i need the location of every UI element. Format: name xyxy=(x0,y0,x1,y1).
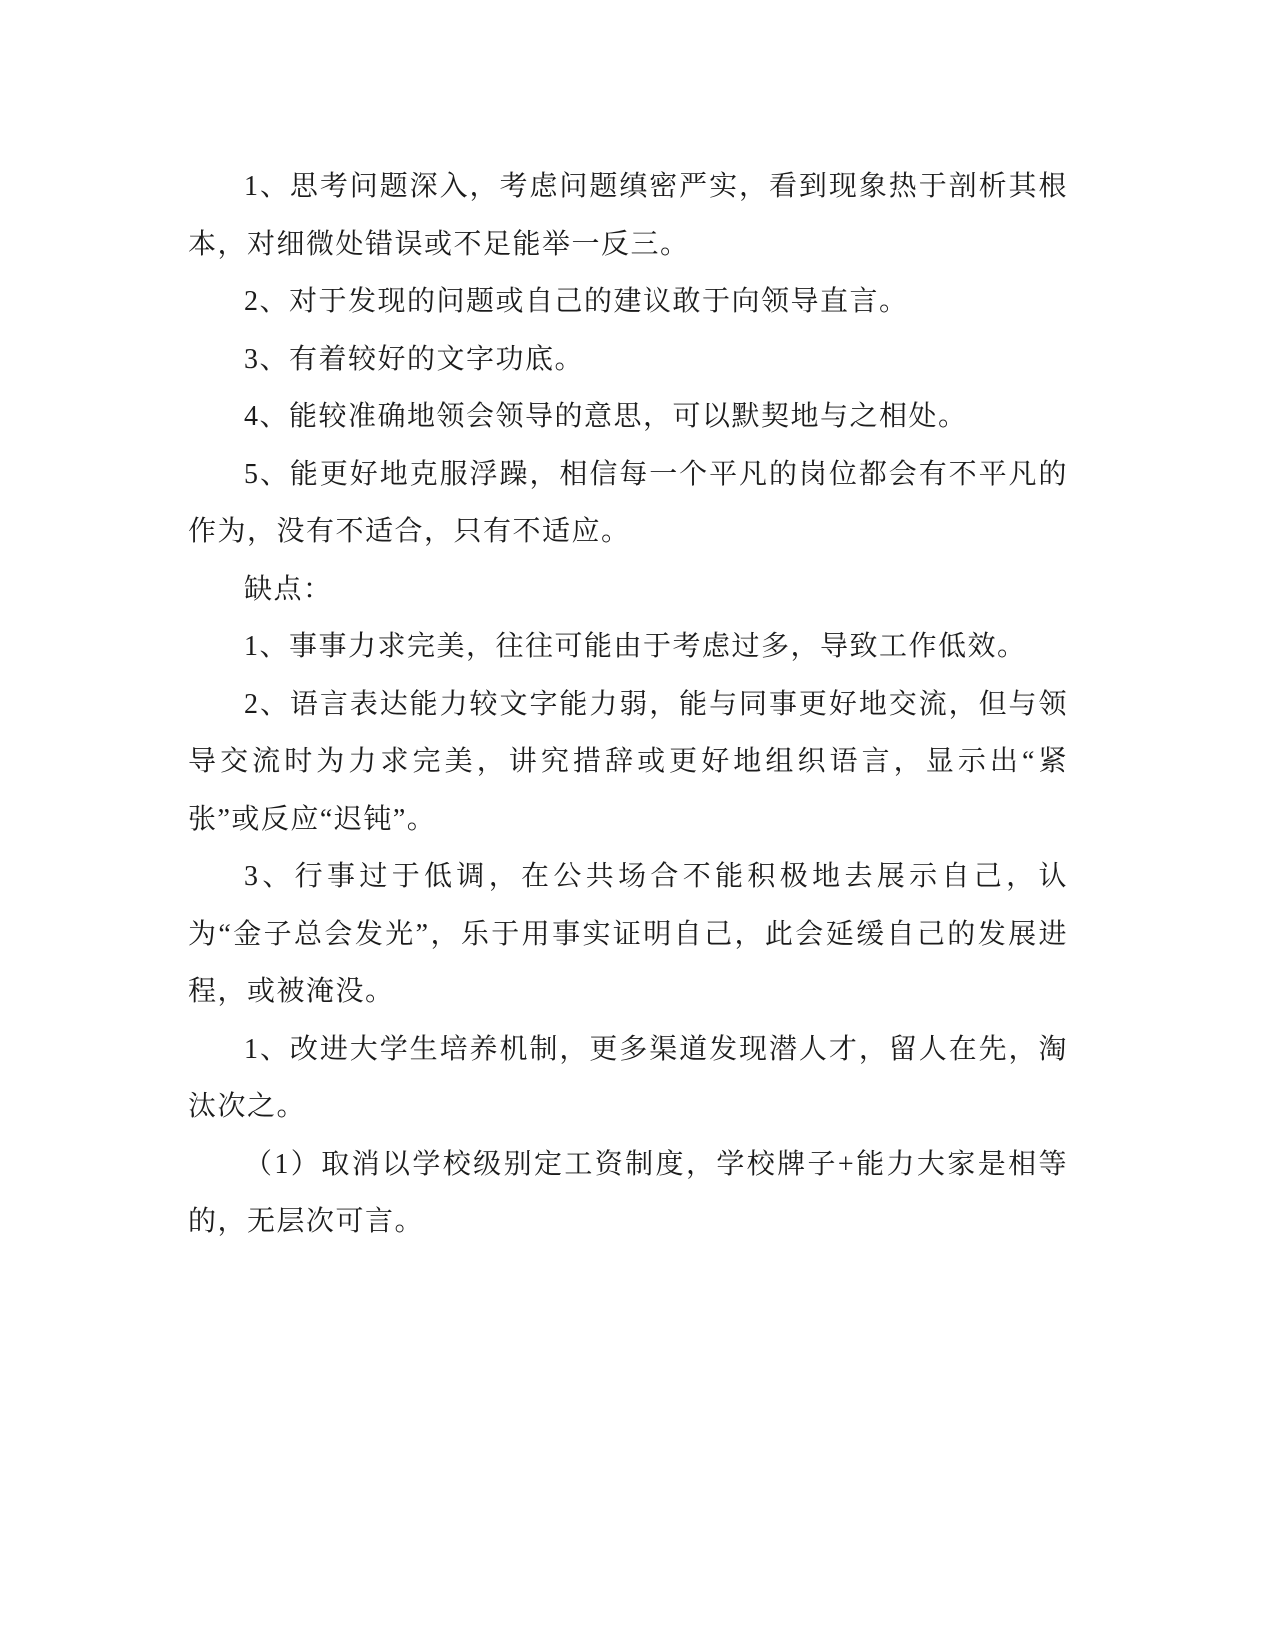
paragraph-strength-1: 1、思考问题深入，考虑问题缜密严实，看到现象热于剖析其根本，对细微处错误或不足能… xyxy=(188,158,1068,273)
paragraph-strength-5: 5、能更好地克服浮躁，相信每一个平凡的岗位都会有不平凡的作为，没有不适合，只有不… xyxy=(188,446,1068,561)
weaknesses-heading: 缺点： xyxy=(188,561,1068,619)
document-body: 1、思考问题深入，考虑问题缜密严实，看到现象热于剖析其根本，对细微处错误或不足能… xyxy=(188,158,1068,1251)
paragraph-strength-3: 3、有着较好的文字功底。 xyxy=(188,331,1068,389)
paragraph-strength-4: 4、能较准确地领会领导的意思，可以默契地与之相处。 xyxy=(188,388,1068,446)
paragraph-suggestion-detail-1: （1）取消以学校级别定工资制度，学校牌子+能力大家是相等的，无层次可言。 xyxy=(188,1136,1068,1251)
paragraph-weakness-1: 1、事事力求完美，往往可能由于考虑过多，导致工作低效。 xyxy=(188,618,1068,676)
paragraph-weakness-3: 3、行事过于低调，在公共场合不能积极地去展示自己，认为“金子总会发光”，乐于用事… xyxy=(188,848,1068,1021)
document-page: 1、思考问题深入，考虑问题缜密严实，看到现象热于剖析其根本，对细微处错误或不足能… xyxy=(0,0,1275,1650)
paragraph-weakness-2: 2、语言表达能力较文字能力弱，能与同事更好地交流，但与领导交流时为力求完美，讲究… xyxy=(188,676,1068,849)
paragraph-strength-2: 2、对于发现的问题或自己的建议敢于向领导直言。 xyxy=(188,273,1068,331)
paragraph-suggestion-1: 1、改进大学生培养机制，更多渠道发现潜人才，留人在先，淘汰次之。 xyxy=(188,1021,1068,1136)
